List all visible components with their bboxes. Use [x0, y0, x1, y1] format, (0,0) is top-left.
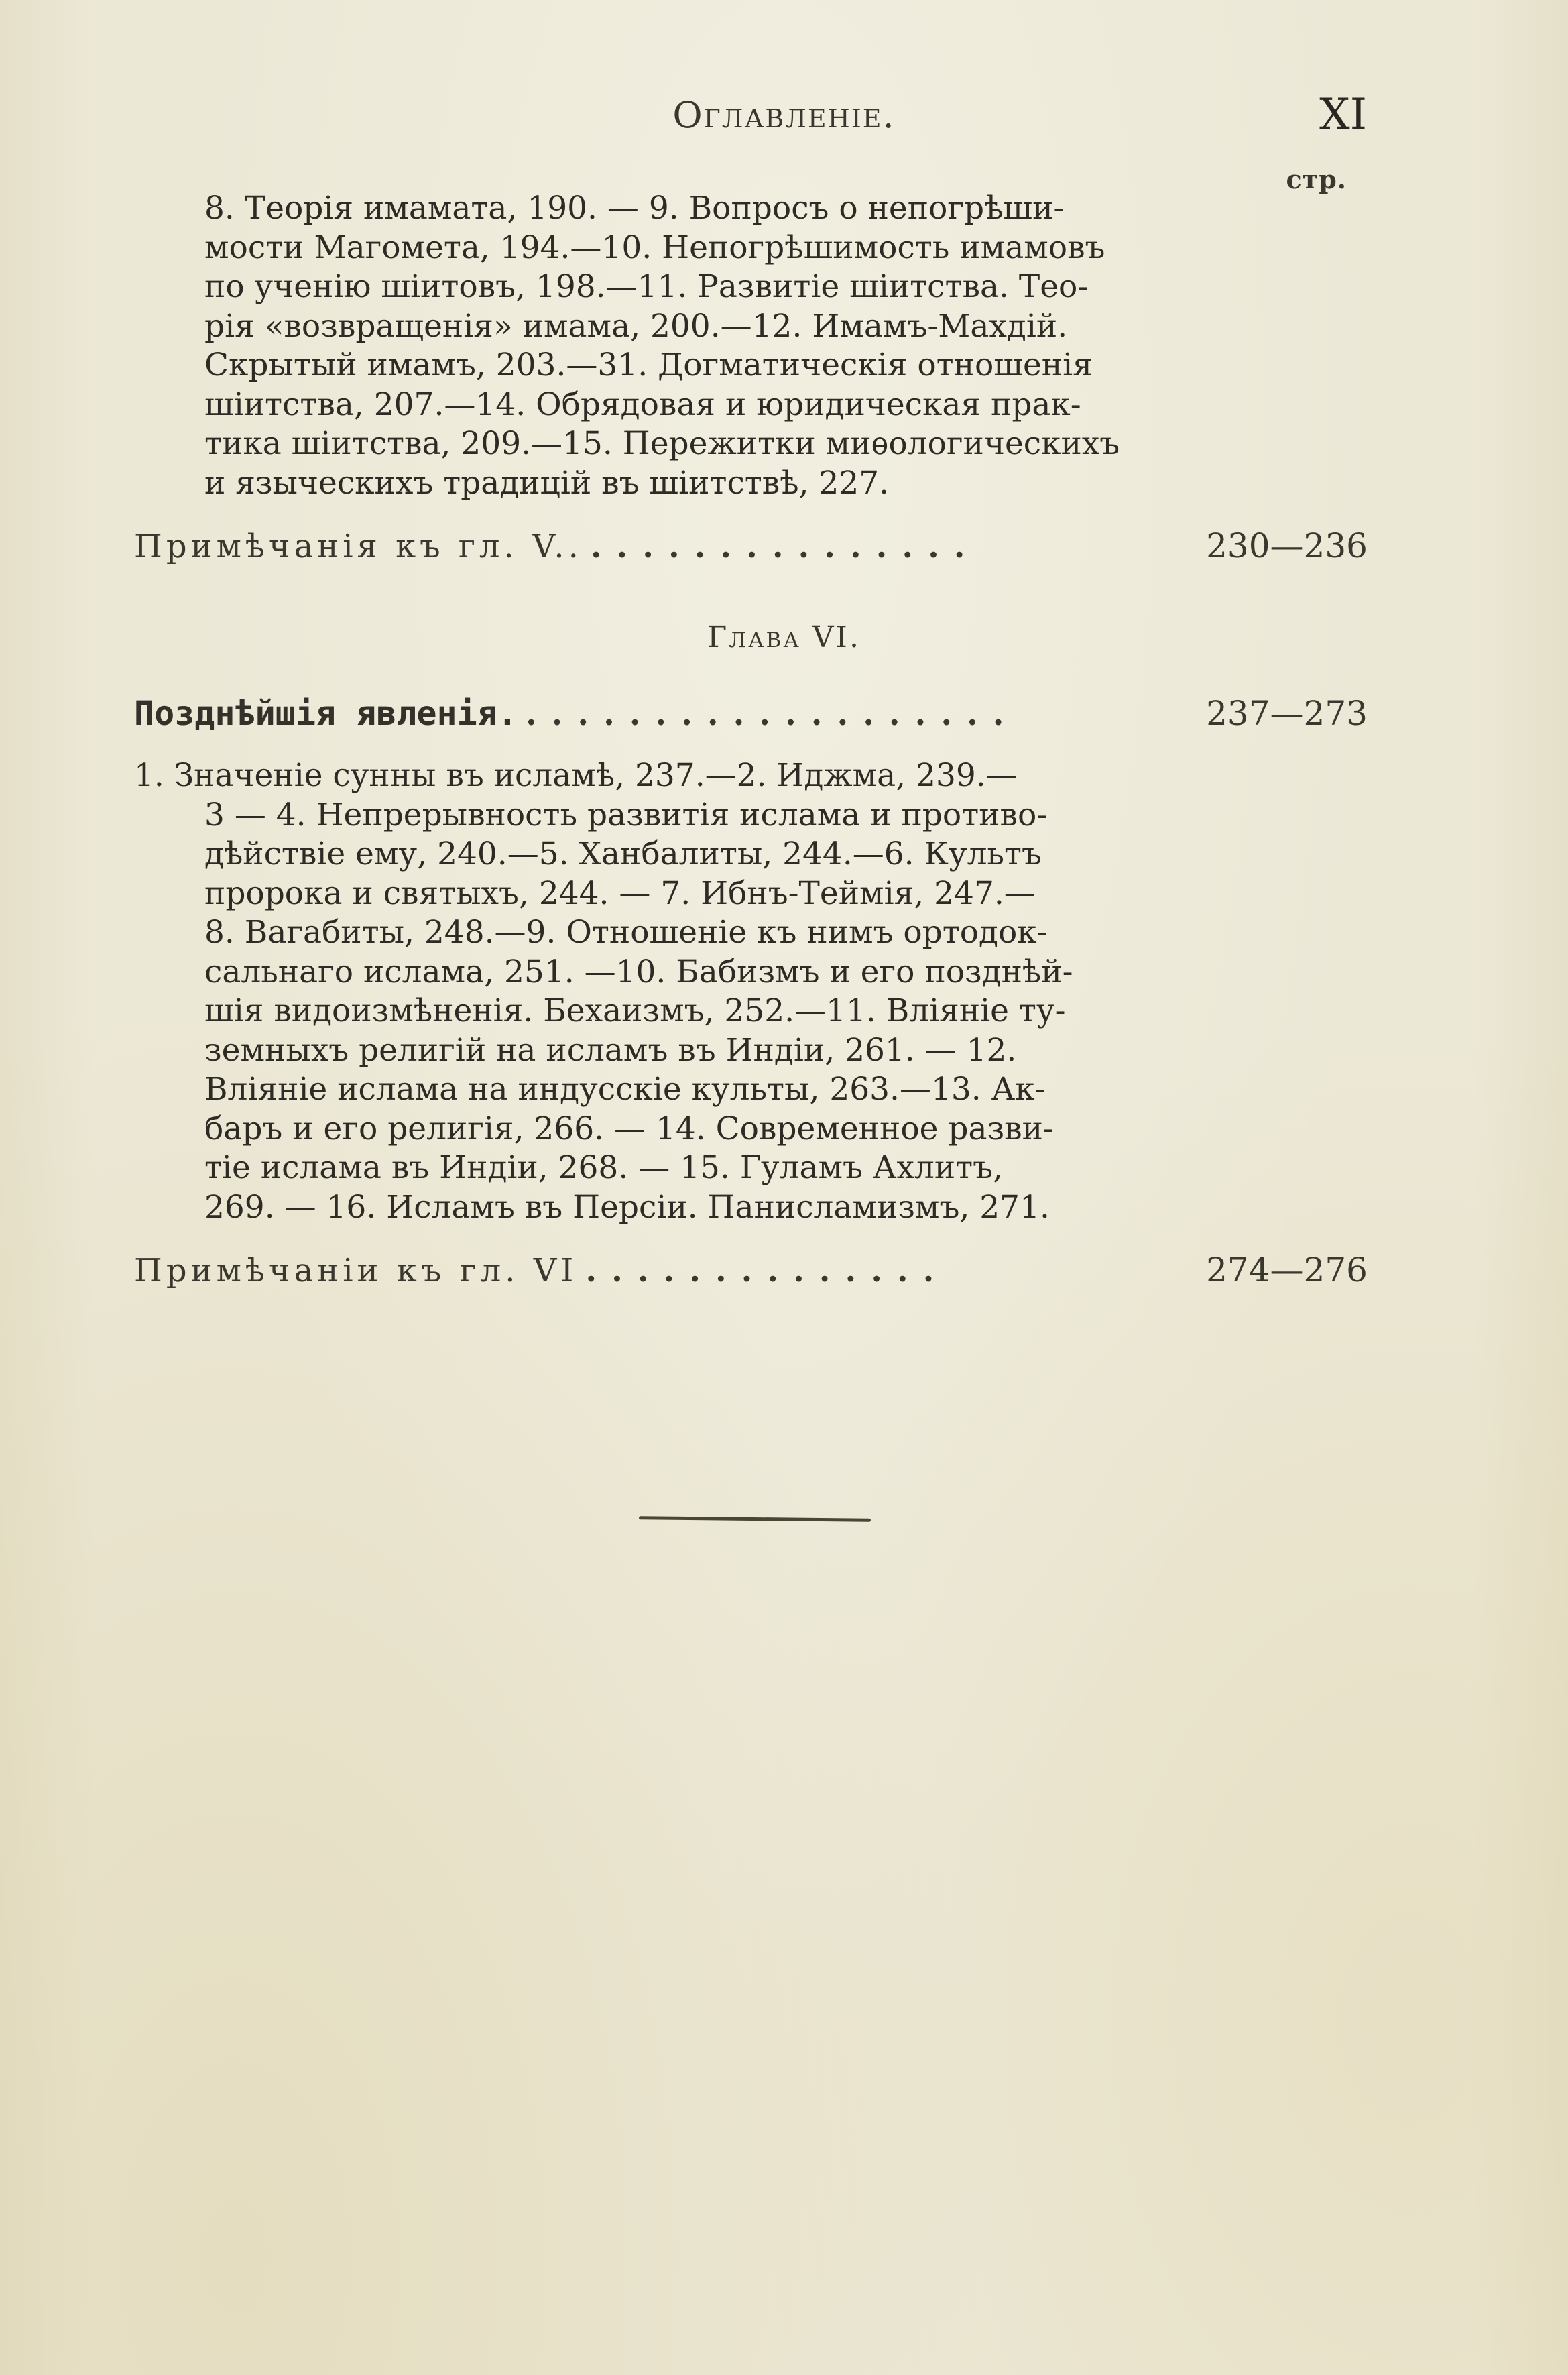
text-line: рія «возвращенія» имама, 200.—12. Имамъ-… [204, 307, 1180, 347]
section-end-rule [639, 1516, 871, 1522]
toc-entry-label: Позднѣйшія явленія. [134, 694, 518, 733]
toc-entry-pages: 274—276 [1206, 1251, 1368, 1289]
text-line: пророка и святыхъ, 244. — 7. Ибнъ-Теймія… [134, 874, 1180, 914]
toc-entry-label: Примѣчаніи къ гл. VI [134, 1252, 577, 1289]
chapter-heading: Глава VI. [0, 620, 1568, 654]
toc-entry-pages: 230—236 [1206, 526, 1368, 565]
chapter-v-subsections: 8. Теорія имамата, 190. — 9. Вопросъ о н… [204, 189, 1180, 503]
text-line: мости Магомета, 194.—10. Непогрѣшимость … [204, 229, 1180, 268]
text-line: по ученію шіитовъ, 198.—11. Развитіе шіи… [204, 268, 1180, 307]
toc-entry-pages: 237—273 [1206, 694, 1368, 733]
book-page: Оглавленіе. XI стр. 8. Теорія имамата, 1… [0, 0, 1568, 2375]
text-line: шія видоизмѣненія. Бехаизмъ, 252.—11. Вл… [134, 992, 1180, 1031]
toc-entry-notes-chapter-vi[interactable]: Примѣчаніи къ гл. VI .............. 274—… [134, 1251, 1368, 1295]
text-line: 1. Значеніе сунны въ исламѣ, 237.—2. Идж… [134, 756, 1180, 796]
text-line: тика шіитства, 209.—15. Пережитки миѳоло… [204, 424, 1180, 464]
text-line: шіитства, 207.—14. Обрядовая и юридическ… [204, 386, 1180, 425]
page-column-heading: стр. [1286, 164, 1347, 194]
text-line: 8. Вагабиты, 248.—9. Отношеніе къ нимъ о… [134, 913, 1180, 953]
dot-leader: ............... [591, 528, 1198, 565]
text-line: дѣйствіе ему, 240.—5. Ханбалиты, 244.—6.… [134, 835, 1180, 874]
running-head: Оглавленіе. XI [0, 94, 1568, 148]
text-line: Вліяніе ислама на индусскіе культы, 263.… [134, 1070, 1180, 1110]
toc-entry-label: Примѣчанія къ гл. V.. [134, 528, 583, 565]
text-line: земныхъ религій на исламъ въ Индіи, 261.… [134, 1031, 1180, 1071]
page-number: XI [1319, 90, 1367, 139]
text-line: 3 — 4. Непрерывность развитія ислама и п… [134, 796, 1180, 835]
chapter-vi-subsections: 1. Значеніе сунны въ исламѣ, 237.—2. Идж… [134, 756, 1180, 1227]
toc-entry-notes-chapter-v[interactable]: Примѣчанія къ гл. V.. ............... 23… [134, 526, 1368, 571]
dot-leader: .............. [585, 1252, 1198, 1289]
text-line: 8. Теорія имамата, 190. — 9. Вопросъ о н… [204, 189, 1180, 229]
text-line: Скрытый имамъ, 203.—31. Догматическія от… [204, 346, 1180, 386]
text-line: 269. — 16. Исламъ въ Персіи. Панисламизм… [134, 1188, 1180, 1228]
text-line: тіе ислама въ Индіи, 268. — 15. Гуламъ А… [134, 1149, 1180, 1188]
text-line: сальнаго ислама, 251. —10. Бабизмъ и его… [134, 953, 1180, 992]
text-line: и языческихъ традицій въ шіитствѣ, 227. [204, 464, 1180, 504]
text-line: баръ и его религія, 266. — 14. Современн… [134, 1110, 1180, 1149]
toc-entry-chapter-vi-title[interactable]: Позднѣйшія явленія. ................... … [134, 694, 1368, 738]
dot-leader: ................... [526, 695, 1198, 733]
